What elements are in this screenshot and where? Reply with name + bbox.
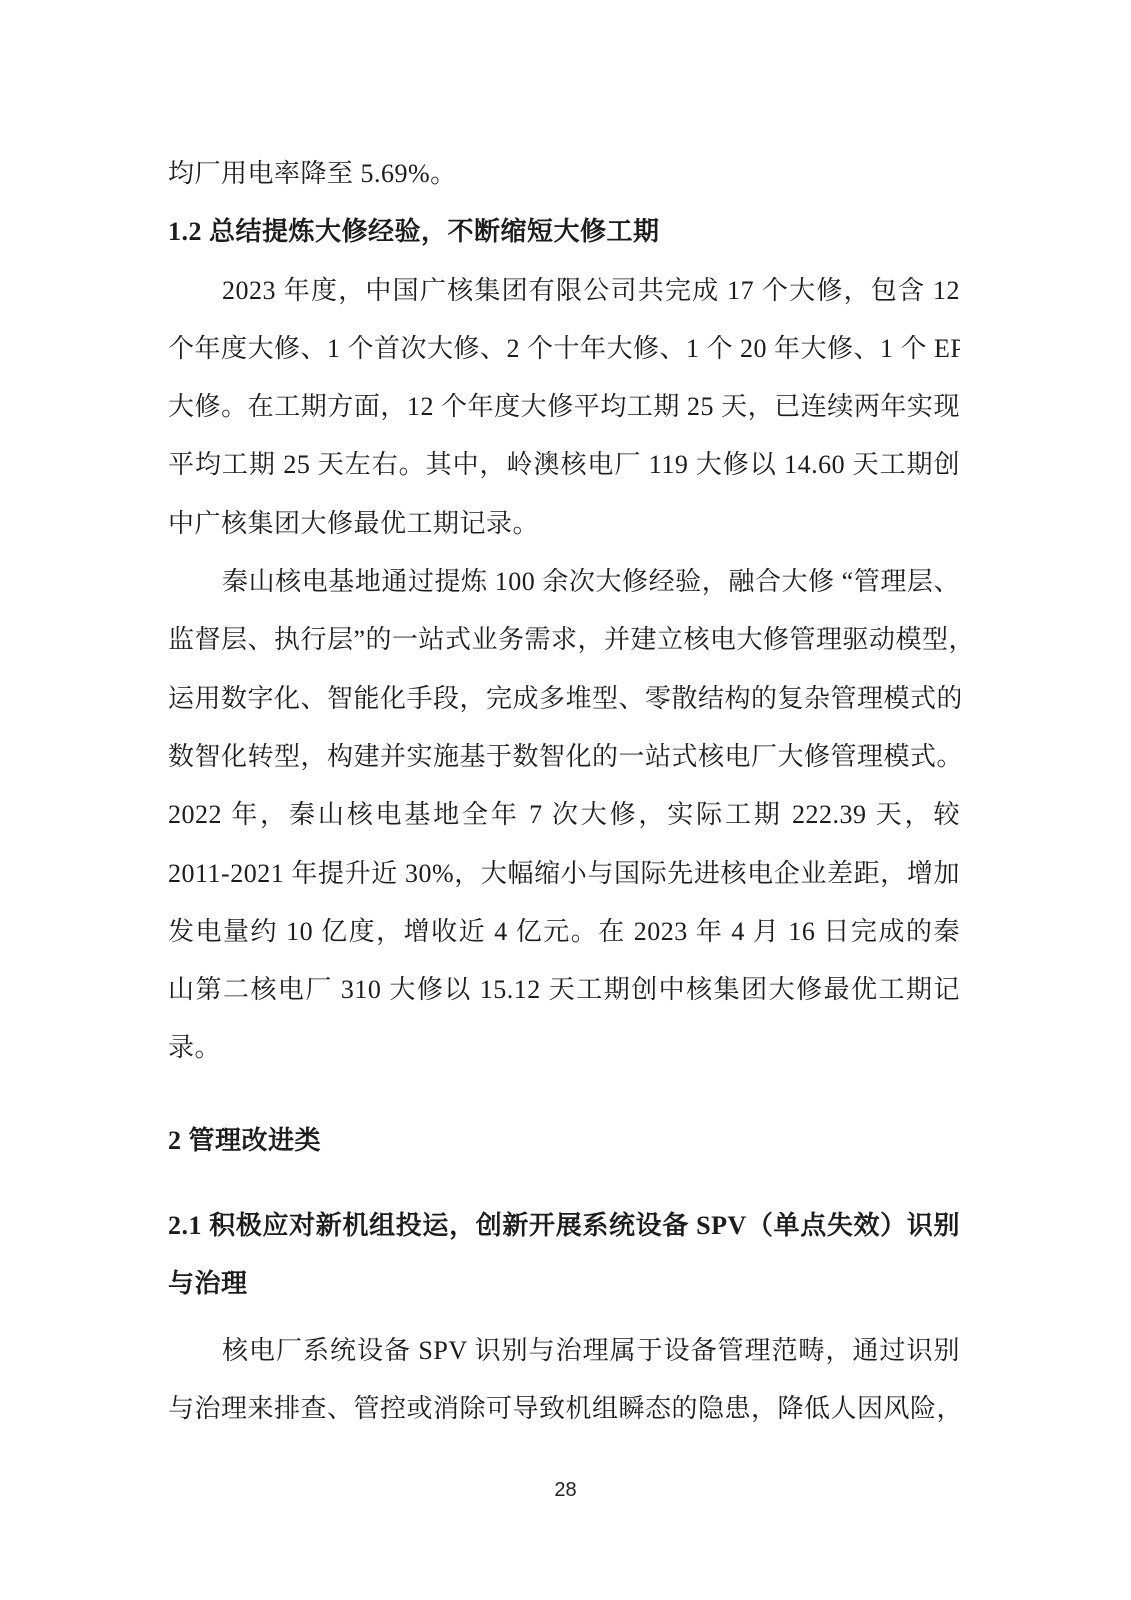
body-text-line: 大修。在工期方面，12 个年度大修平均工期 25 天，已连续两年实现 [168,378,960,436]
section-heading-line: 2.1 积极应对新机组投运，创新开展系统设备 SPV（单点失效）识别 [168,1197,960,1255]
body-text-line: 数智化转型，构建并实施基于数智化的一站式核电厂大修管理模式。 [168,728,960,786]
body-text-line: 秦山核电基地通过提炼 100 余次大修经验，融合大修 “管理层、 [168,553,960,611]
body-text-line: 平均工期 25 天左右。其中，岭澳核电厂 119 大修以 14.60 天工期创 [168,436,960,494]
body-text-line: 2011-2021 年提升近 30%，大幅缩小与国际先进核电企业差距，增加 [168,845,960,903]
document-text-area: 均厂用电率降至 5.69%。1.2 总结提炼大修经验，不断缩短大修工期2023 … [168,145,960,1438]
body-text-line: 中广核集团大修最优工期记录。 [168,495,960,553]
body-text-line: 运用数字化、智能化手段，完成多堆型、零散结构的复杂管理模式的 [168,670,960,728]
body-text-line: 2022 年，秦山核电基地全年 7 次大修，实际工期 222.39 天，较 [168,786,960,844]
body-text-line: 监督层、执行层”的一站式业务需求，并建立核电大修管理驱动模型， [168,611,960,669]
body-text-line: 发电量约 10 亿度，增收近 4 亿元。在 2023 年 4 月 16 日完成的… [168,903,960,961]
section-heading-line: 与治理 [168,1255,960,1313]
body-text-line: 录。 [168,1019,960,1077]
body-text-line: 山第二核电厂 310 大修以 15.12 天工期创中核集团大修最优工期记 [168,961,960,1019]
body-text-line: 均厂用电率降至 5.69%。 [168,145,960,203]
section-heading-line: 1.2 总结提炼大修经验，不断缩短大修工期 [168,203,960,261]
body-text-line: 核电厂系统设备 SPV 识别与治理属于设备管理范畴，通过识别 [168,1322,960,1380]
body-text-line: 个年度大修、1 个首次大修、2 个十年大修、1 个 20 年大修、1 个 EPR [168,320,960,378]
page-number: 28 [0,1479,1131,1502]
section-heading-line: 2 管理改进类 [168,1112,960,1170]
body-text-line: 2023 年度，中国广核集团有限公司共完成 17 个大修，包含 12 [168,262,960,320]
body-text-line: 与治理来排查、管控或消除可导致机组瞬态的隐患，降低人因风险， [168,1380,960,1438]
